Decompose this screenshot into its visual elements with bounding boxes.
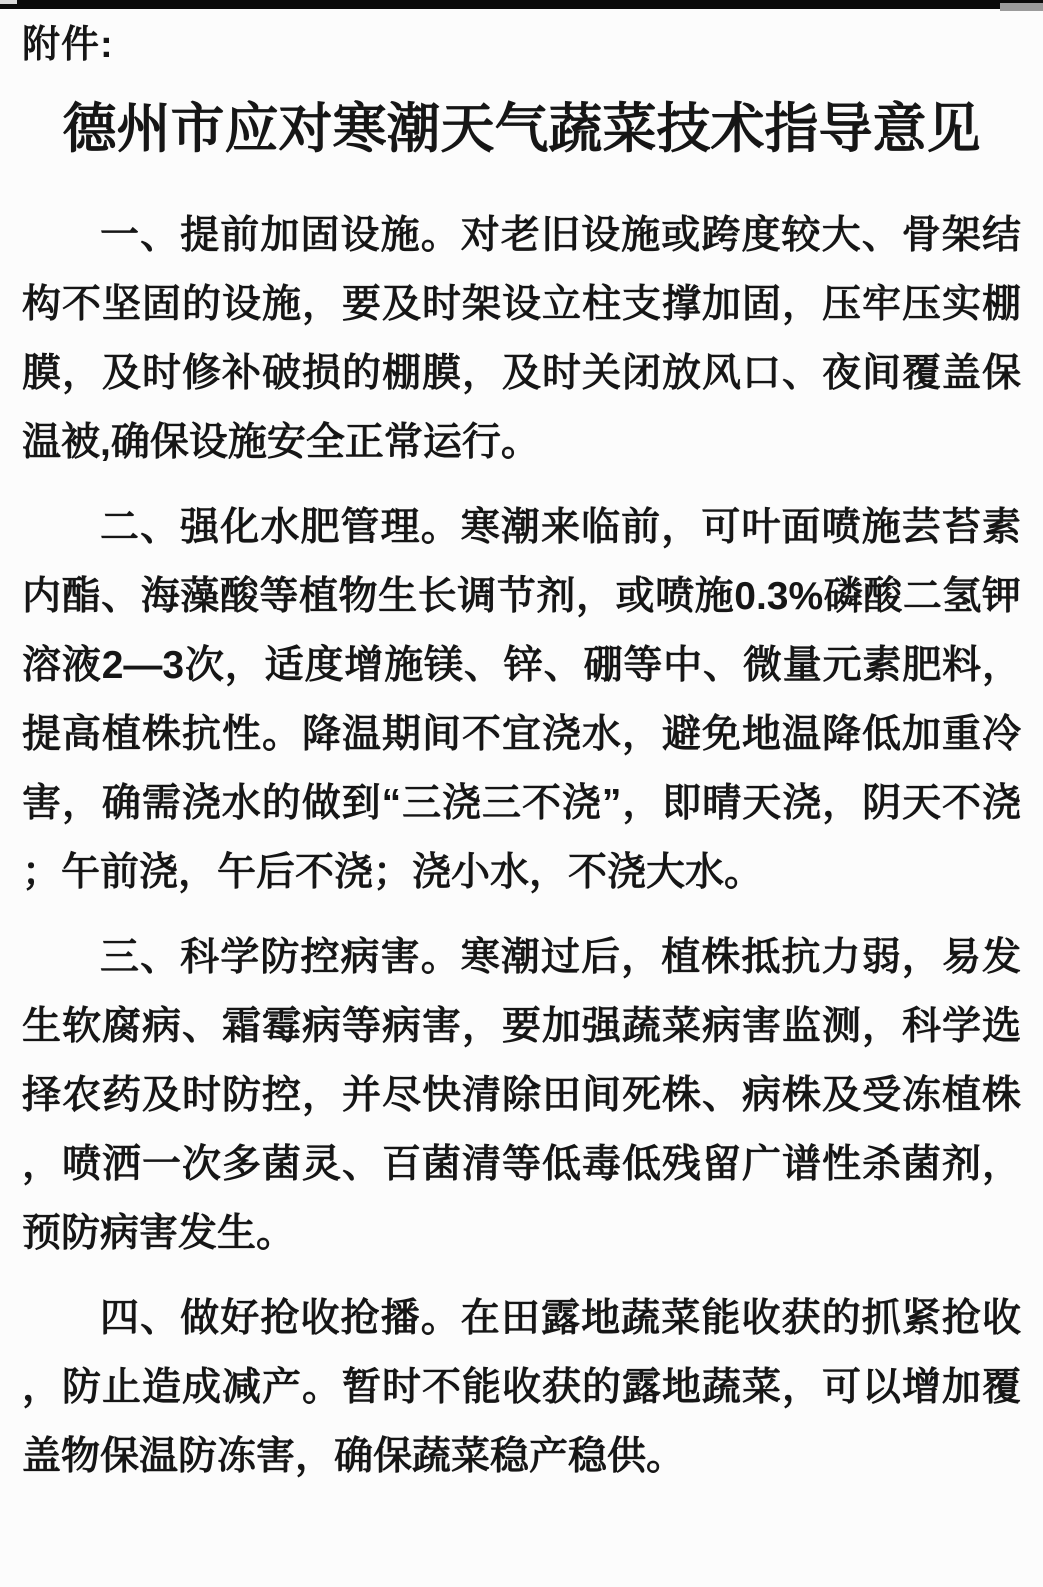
- paragraph-3: 三、科学防控病害。寒潮过后，植株抵抗力弱，易发 生软腐病、霜霉病等病害，要加强蔬…: [22, 923, 1021, 1268]
- text-line: 三、科学防控病害。寒潮过后，植株抵抗力弱，易发: [22, 923, 1021, 992]
- text-line: 生软腐病、霜霉病等病害，要加强蔬菜病害监测，科学选: [22, 992, 1021, 1061]
- text-line: 膜，及时修补破损的棚膜，及时关闭放风口、夜间覆盖保: [22, 339, 1021, 408]
- text-line: 二、强化水肥管理。寒潮来临前，可叶面喷施芸苔素: [22, 493, 1021, 562]
- top-bar-left-notch: [0, 0, 17, 4]
- text-line: 提高植株抗性。降温期间不宜浇水，避免地温降低加重冷: [22, 700, 1021, 769]
- document-page: 附件: 德州市应对寒潮天气蔬菜技术指导意见 一、提前加固设施。对老旧设施或跨度较…: [0, 0, 1043, 1587]
- text-line: 盖物保温防冻害，确保蔬菜稳产稳供。: [22, 1422, 1021, 1491]
- text-line: 预防病害发生。: [22, 1199, 1021, 1268]
- attachment-label: 附件:: [22, 23, 1021, 67]
- text-line: ，防止造成减产。暂时不能收获的露地蔬菜，可以增加覆: [22, 1353, 1021, 1422]
- document-body: 一、提前加固设施。对老旧设施或跨度较大、骨架结 构不坚固的设施，要及时架设立柱支…: [22, 201, 1021, 1491]
- text-line: ；午前浇，午后不浇；浇小水，不浇大水。: [22, 838, 1021, 907]
- text-line: 构不坚固的设施，要及时架设立柱支撑加固，压牢压实棚: [22, 270, 1021, 339]
- scan-artifact-top-bar: [0, 0, 1043, 9]
- paragraph-2: 二、强化水肥管理。寒潮来临前，可叶面喷施芸苔素 内酯、海藻酸等植物生长调节剂，或…: [22, 493, 1021, 907]
- text-line: ，喷洒一次多菌灵、百菌清等低毒低残留广谱性杀菌剂，: [22, 1130, 1021, 1199]
- top-bar-right-smudge: [1000, 3, 1043, 11]
- text-line: 害，确需浇水的做到“三浇三不浇”，即晴天浇，阴天不浇: [22, 769, 1021, 838]
- text-line: 溶液2—3次，适度增施镁、锌、硼等中、微量元素肥料，: [22, 631, 1021, 700]
- text-line: 择农药及时防控，并尽快清除田间死株、病株及受冻植株: [22, 1061, 1021, 1130]
- text-line: 内酯、海藻酸等植物生长调节剂，或喷施0.3%磷酸二氢钾: [22, 562, 1021, 631]
- document-content-area: 附件: 德州市应对寒潮天气蔬菜技术指导意见 一、提前加固设施。对老旧设施或跨度较…: [0, 23, 1043, 1491]
- text-line: 四、做好抢收抢播。在田露地蔬菜能收获的抓紧抢收: [22, 1284, 1021, 1353]
- document-title: 德州市应对寒潮天气蔬菜技术指导意见: [22, 97, 1021, 161]
- paragraph-1: 一、提前加固设施。对老旧设施或跨度较大、骨架结 构不坚固的设施，要及时架设立柱支…: [22, 201, 1021, 477]
- text-line: 温被,确保设施安全正常运行。: [22, 408, 1021, 477]
- text-line: 一、提前加固设施。对老旧设施或跨度较大、骨架结: [22, 201, 1021, 270]
- paragraph-4: 四、做好抢收抢播。在田露地蔬菜能收获的抓紧抢收 ，防止造成减产。暂时不能收获的露…: [22, 1284, 1021, 1491]
